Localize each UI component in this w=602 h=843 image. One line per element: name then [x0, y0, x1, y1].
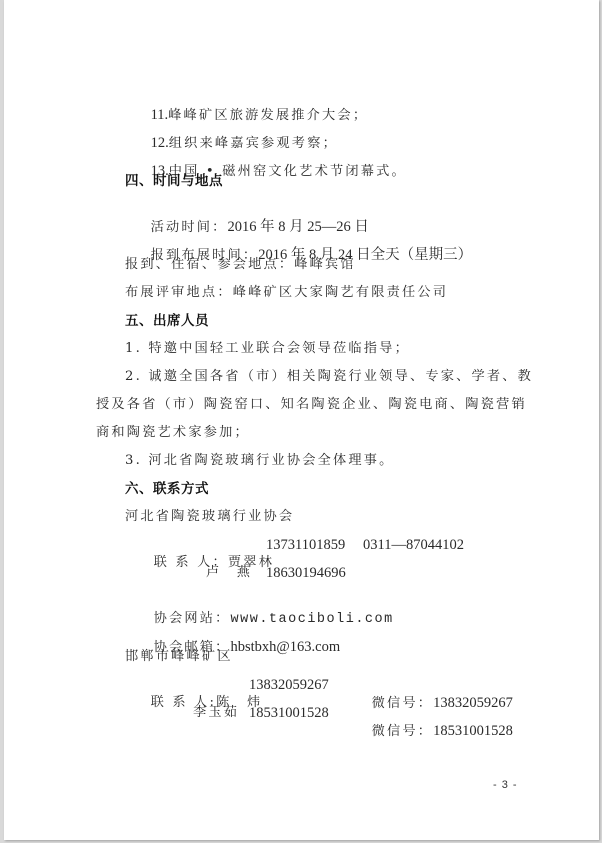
org1-contact-row-1: 联 系 人：贾翠林	[128, 536, 274, 554]
org2-contact-2-name: 李玉茹	[193, 704, 239, 722]
org1-contact-2-mobile: 18630194696	[266, 564, 346, 582]
wechat-label: 微信号：	[372, 724, 434, 739]
org1-contact-2-name: 卢 燕	[206, 564, 252, 582]
attendee-item-1: 1. 特邀中国轻工业联合会领导莅临指导；	[125, 340, 410, 358]
list-item-12: 12.组织来峰嘉宾参观考察；	[125, 116, 338, 134]
email-link[interactable]: hbstbxh@163.com	[231, 639, 341, 655]
page-number: - 3 -	[493, 779, 518, 791]
org1-website: 协会网站：www.taociboli.com	[128, 592, 394, 610]
list-item-13: 13.中国 • 磁州窑文化艺术节闭幕式。	[125, 144, 407, 162]
checkin-time: 报到布展时间：2016 年 8 月 24 日全天（星期三）	[125, 228, 472, 246]
org1-name: 河北省陶瓷玻璃行业协会	[125, 508, 294, 526]
review-place: 布展评审地点：峰峰矿区大家陶艺有限责任公司	[125, 284, 448, 302]
org2-contact-2-mobile: 18531001528	[249, 704, 329, 722]
org2-contact-2-wechat: 微信号：18531001528	[346, 704, 513, 722]
org1-contact-1-phone: 0311—87044102	[363, 536, 464, 554]
document-page: 11.峰峰矿区旅游发展推介大会； 12.组织来峰嘉宾参观考察； 13.中国 • …	[4, 0, 599, 840]
org1-contact-1-mobile: 13731101859	[266, 536, 345, 554]
attendee-item-2-line-3: 商和陶瓷艺术家参加；	[96, 424, 250, 442]
section-heading-attendees: 五、出席人员	[125, 312, 209, 330]
section-heading-time-place: 四、时间与地点	[125, 172, 223, 190]
org2-contact-1-wechat: 微信号：13832059267	[346, 676, 513, 694]
org2-name: 邯郸市峰峰矿区	[125, 648, 233, 666]
section-heading-contact: 六、联系方式	[125, 480, 209, 498]
org1-email: 协会邮箱：hbstbxh@163.com	[128, 620, 340, 638]
org2-contact-row-1: 联 系 人:陈 炜	[125, 676, 262, 694]
org2-contact-1-mobile: 13832059267	[249, 676, 329, 694]
attendee-item-2-line-1: 2. 诚邀全国各省（市）相关陶瓷行业领导、专家、学者、教	[125, 368, 533, 386]
wechat-value: 18531001528	[433, 723, 513, 739]
activity-time: 活动时间：2016 年 8 月 25—26 日	[125, 200, 369, 218]
list-item-11: 11.峰峰矿区旅游发展推介大会；	[125, 88, 368, 106]
attendee-item-3: 3. 河北省陶瓷玻璃行业协会全体理事。	[125, 452, 395, 470]
attendee-item-2-line-2: 授及各省（市）陶瓷窑口、知名陶瓷企业、陶瓷电商、陶瓷营销	[96, 396, 527, 414]
checkin-place: 报到、住宿、参会地点：峰峰宾馆	[125, 256, 356, 274]
